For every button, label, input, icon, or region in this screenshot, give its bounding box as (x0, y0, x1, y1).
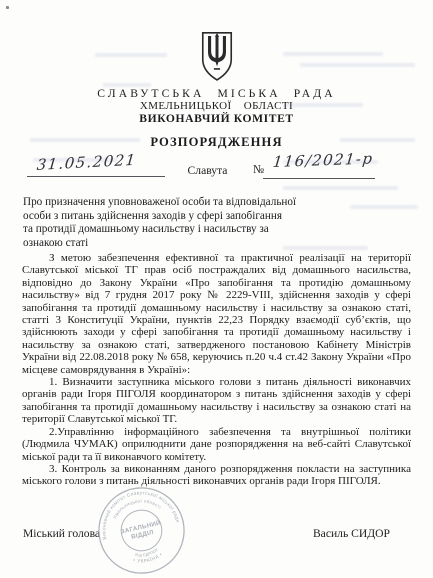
item-2-paragraph: 2.Управлінню інформаційного забезпечення… (22, 426, 411, 463)
item-1-paragraph: 1. Визначити заступника міського голови … (22, 376, 411, 426)
org-region: ХМЕЛЬНИЦЬКОЇ ОБЛАСТІ (0, 100, 433, 112)
subject-block: Про призначення уповноваженої особи та в… (23, 196, 341, 250)
org-committee: ВИКОНАВЧИЙ КОМІТЕТ (0, 112, 433, 125)
document-type-title: РОЗПОРЯДЖЕННЯ (0, 135, 433, 150)
signature-row: Міський голова Василь СИДОР (23, 527, 390, 540)
bleedthrough-artifact (350, 205, 418, 209)
signer-title: Міський голова (23, 527, 100, 540)
scanned-order-document: СЛАВУТСЬКА МІСЬКА РАДА ХМЕЛЬНИЦЬКОЇ ОБЛА… (0, 0, 433, 578)
body-text: З метою забезпечення ефективної та практ… (22, 252, 411, 488)
ukraine-trident-emblem-icon (198, 31, 236, 83)
signer-name: Василь СИДОР (313, 527, 390, 540)
bleedthrough-artifact (283, 186, 398, 190)
preamble-paragraph: З метою забезпечення ефективної та практ… (22, 252, 411, 376)
round-office-stamp: Виконавчий комітет Славутської міської р… (93, 483, 190, 578)
scan-artifact-speck (6, 6, 9, 9)
bleedthrough-artifact (283, 52, 383, 56)
number-sign: № (253, 163, 264, 176)
number-underline (263, 178, 375, 179)
org-name: СЛАВУТСЬКА МІСЬКА РАДА (0, 87, 433, 100)
bleedthrough-artifact (95, 53, 167, 57)
bleedthrough-artifact (300, 63, 415, 67)
item-3-paragraph: 3. Контроль за виконанням даного розпоря… (22, 463, 411, 488)
handwritten-number: 116/2021-р (272, 149, 374, 171)
